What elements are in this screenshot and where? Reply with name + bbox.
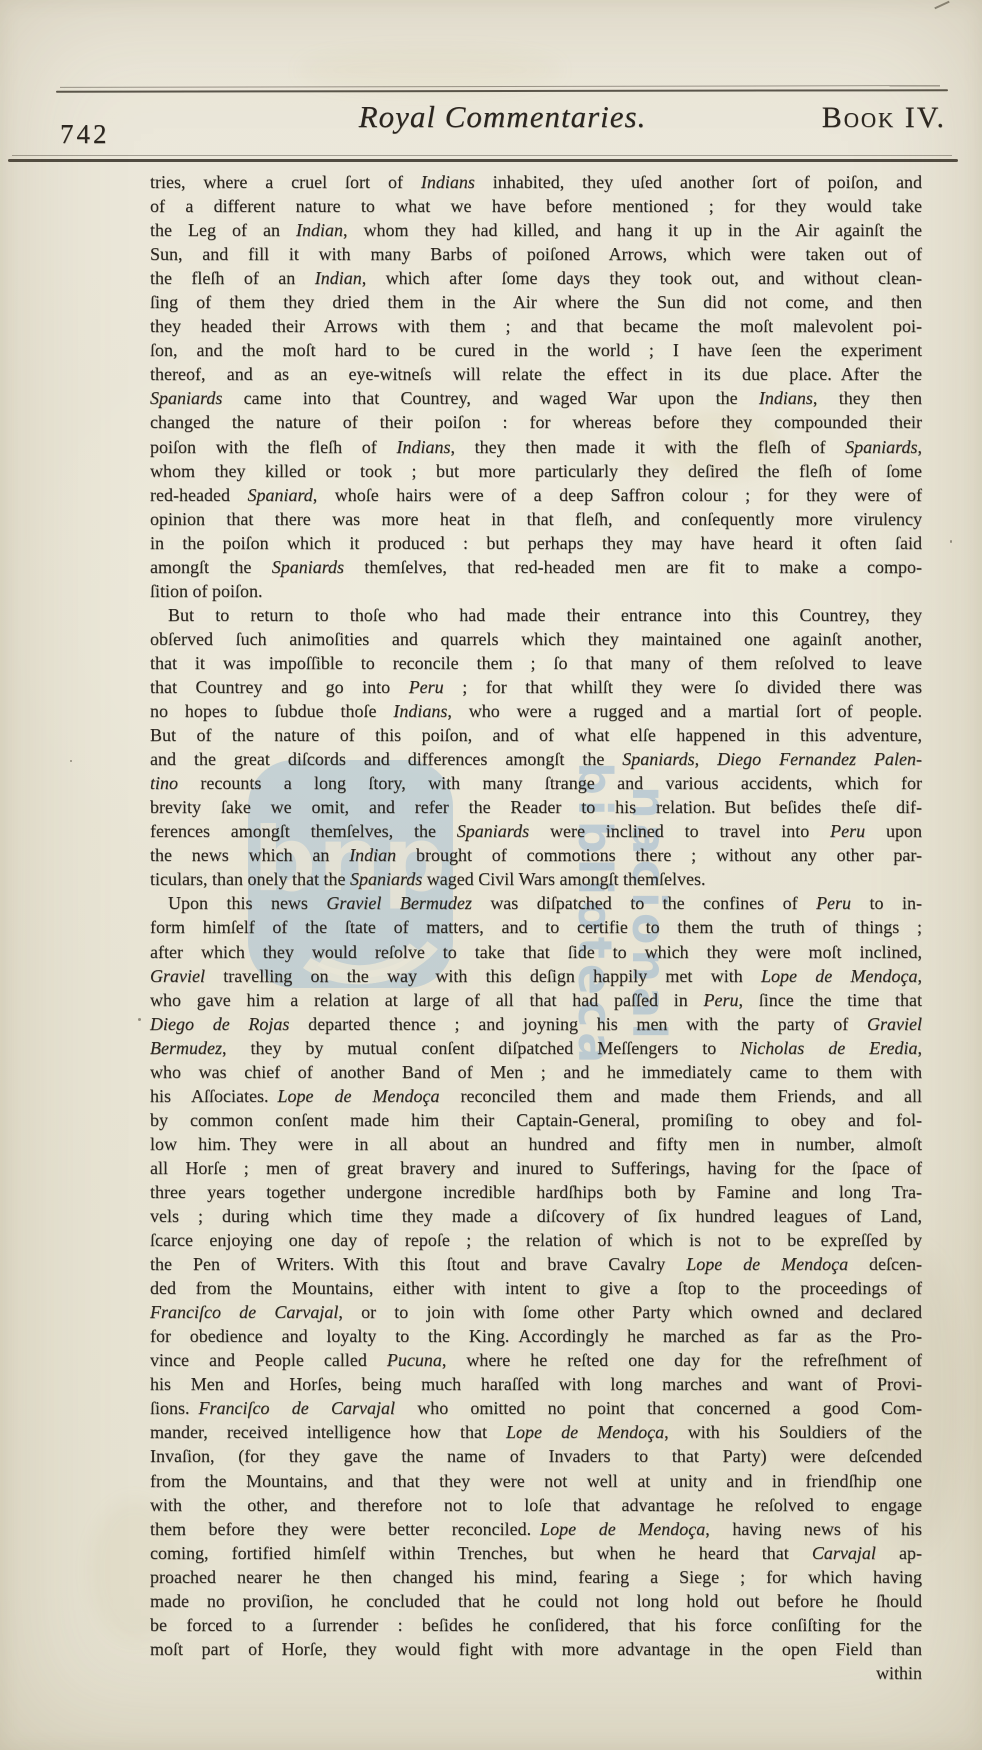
text-line: three years together undergone incredibl… <box>150 1180 922 1204</box>
text-line: Bermudez, they by mutual conſent diſpatc… <box>150 1036 922 1060</box>
corner-pen-mark <box>934 1 949 10</box>
text-line: Franciſco de Carvajal, or to join with ſ… <box>150 1300 922 1324</box>
text-line: who was chief of another Band of Men ; a… <box>150 1060 922 1084</box>
text-line: Spaniards came into that Countrey, and w… <box>150 386 922 410</box>
text-line: ſon, and the moſt hard to be cured in th… <box>150 338 922 362</box>
text-line: with the other, and therefore not to loſ… <box>150 1493 922 1517</box>
text-line: amongſt the Spaniards themſelves, that r… <box>150 555 922 579</box>
text-line: they headed their Arrows with them ; and… <box>150 314 922 338</box>
text-line: his Men and Horſes, being much haraſſed … <box>150 1372 922 1396</box>
text-line: the Leg of an Indian, whom they had kill… <box>150 218 922 242</box>
text-line: the news which an Indian brought of comm… <box>150 843 922 867</box>
text-line: Invaſion, (for they gave the name of Inv… <box>150 1444 922 1468</box>
page-text: tries, where a cruel ſort of Indians inh… <box>150 170 922 1685</box>
text-line: changed the nature of their poiſon : for… <box>150 410 922 434</box>
book-label: Book IV. <box>822 101 946 135</box>
text-line: and the great diſcords and differences a… <box>150 747 922 771</box>
text-line: coming, fortified himſelf within Trenche… <box>150 1541 922 1565</box>
running-title: Royal Commentaries. <box>359 99 647 135</box>
text-line: for obedience and loyalty to the King. A… <box>150 1324 922 1348</box>
text-line: whom they killed or took ; but more part… <box>150 459 922 483</box>
text-line: But to return to thoſe who had made thei… <box>150 603 922 627</box>
text-line: red-headed Spaniard, whoſe hairs were of… <box>150 483 922 507</box>
text-line: be forced to a ſurrender : beſides he co… <box>150 1613 922 1637</box>
text-line: no hopes to ſubdue thoſe Indians, who we… <box>150 699 922 723</box>
text-line: Sun, and fill it with many Barbs of poiſ… <box>150 242 922 266</box>
text-line: ſing of them they dried them in the Air … <box>150 290 922 314</box>
text-line: in the poiſon which it produced : but pe… <box>150 531 922 555</box>
text-line: ded from the Mountains, either with inte… <box>150 1276 922 1300</box>
text-line: low him. They were in all about an hundr… <box>150 1132 922 1156</box>
text-line: Upon this news Graviel Bermudez was diſp… <box>150 891 922 915</box>
catchword: within <box>150 1661 922 1685</box>
text-line: all Horſe ; men of great bravery and inu… <box>150 1156 922 1180</box>
header-rule <box>12 155 952 156</box>
text-line: from the Mountains, and that they were n… <box>150 1469 922 1493</box>
text-line: ferences amongſt themſelves, the Spaniar… <box>150 819 922 843</box>
text-line: ticulars, than onely that the Spaniards … <box>150 867 922 891</box>
text-line: But of the nature of this poiſon, and of… <box>150 723 922 747</box>
ink-speck <box>950 540 952 543</box>
top-rule <box>56 89 948 93</box>
text-line: thereof, and as an eye-witneſs will rela… <box>150 362 922 386</box>
text-line: them before they were better reconciled.… <box>150 1517 922 1541</box>
text-line: Diego de Rojas departed thence ; and joy… <box>150 1012 922 1036</box>
ink-speck <box>70 760 72 762</box>
text-line: that it was impoſſible to reconcile them… <box>150 651 922 675</box>
text-line: made no proviſion, he concluded that he … <box>150 1589 922 1613</box>
text-line: tries, where a cruel ſort of Indians inh… <box>150 170 922 194</box>
text-line: that Countrey and go into Peru ; for tha… <box>150 675 922 699</box>
text-line: by common conſent made him their Captain… <box>150 1108 922 1132</box>
text-line: poiſon with the fleſh of Indians, they t… <box>150 435 922 459</box>
text-line: the fleſh of an Indian, which after ſome… <box>150 266 922 290</box>
text-line: moſt part of Horſe, they would fight wit… <box>150 1637 922 1661</box>
text-line: proached nearer he then changed his mind… <box>150 1565 922 1589</box>
book-page-scan: bnp biblioteca nacional 742 Royal Commen… <box>0 0 982 1750</box>
text-line: the Pen of Writers. With this ſtout and … <box>150 1252 922 1276</box>
header-rule <box>8 159 958 162</box>
text-line: form himſelf of the ſtate of matters, an… <box>150 915 922 939</box>
text-line: brevity ſake we omit, and refer the Read… <box>150 795 922 819</box>
text-line: tino recounts a long ſtory, with many ſt… <box>150 771 922 795</box>
page-number: 742 <box>60 119 110 150</box>
text-line: ſcarce enjoying one day of repoſe ; the … <box>150 1228 922 1252</box>
text-line: who gave him a relation at large of all … <box>150 988 922 1012</box>
paper-stain <box>300 50 560 90</box>
text-line: ſions. Franciſco de Carvajal who omitted… <box>150 1396 922 1420</box>
text-line: his Aſſociates. Lope de Mendoça reconcil… <box>150 1084 922 1108</box>
text-line: Graviel travelling on the way with this … <box>150 964 922 988</box>
text-line: mander, received intelligence how that L… <box>150 1420 922 1444</box>
text-line: of a different nature to what we have be… <box>150 194 922 218</box>
text-line: after which they would reſolve to take t… <box>150 940 922 964</box>
top-rule <box>60 85 940 88</box>
text-line: obſerved ſuch animoſities and quarrels w… <box>150 627 922 651</box>
text-line: ſition of poiſon. <box>150 579 922 603</box>
ink-speck <box>138 1018 141 1021</box>
text-line: vels ; during which time they made a diſ… <box>150 1204 922 1228</box>
text-line: vince and People called Pucuna, where he… <box>150 1348 922 1372</box>
text-line: opinion that there was more heat in that… <box>150 507 922 531</box>
